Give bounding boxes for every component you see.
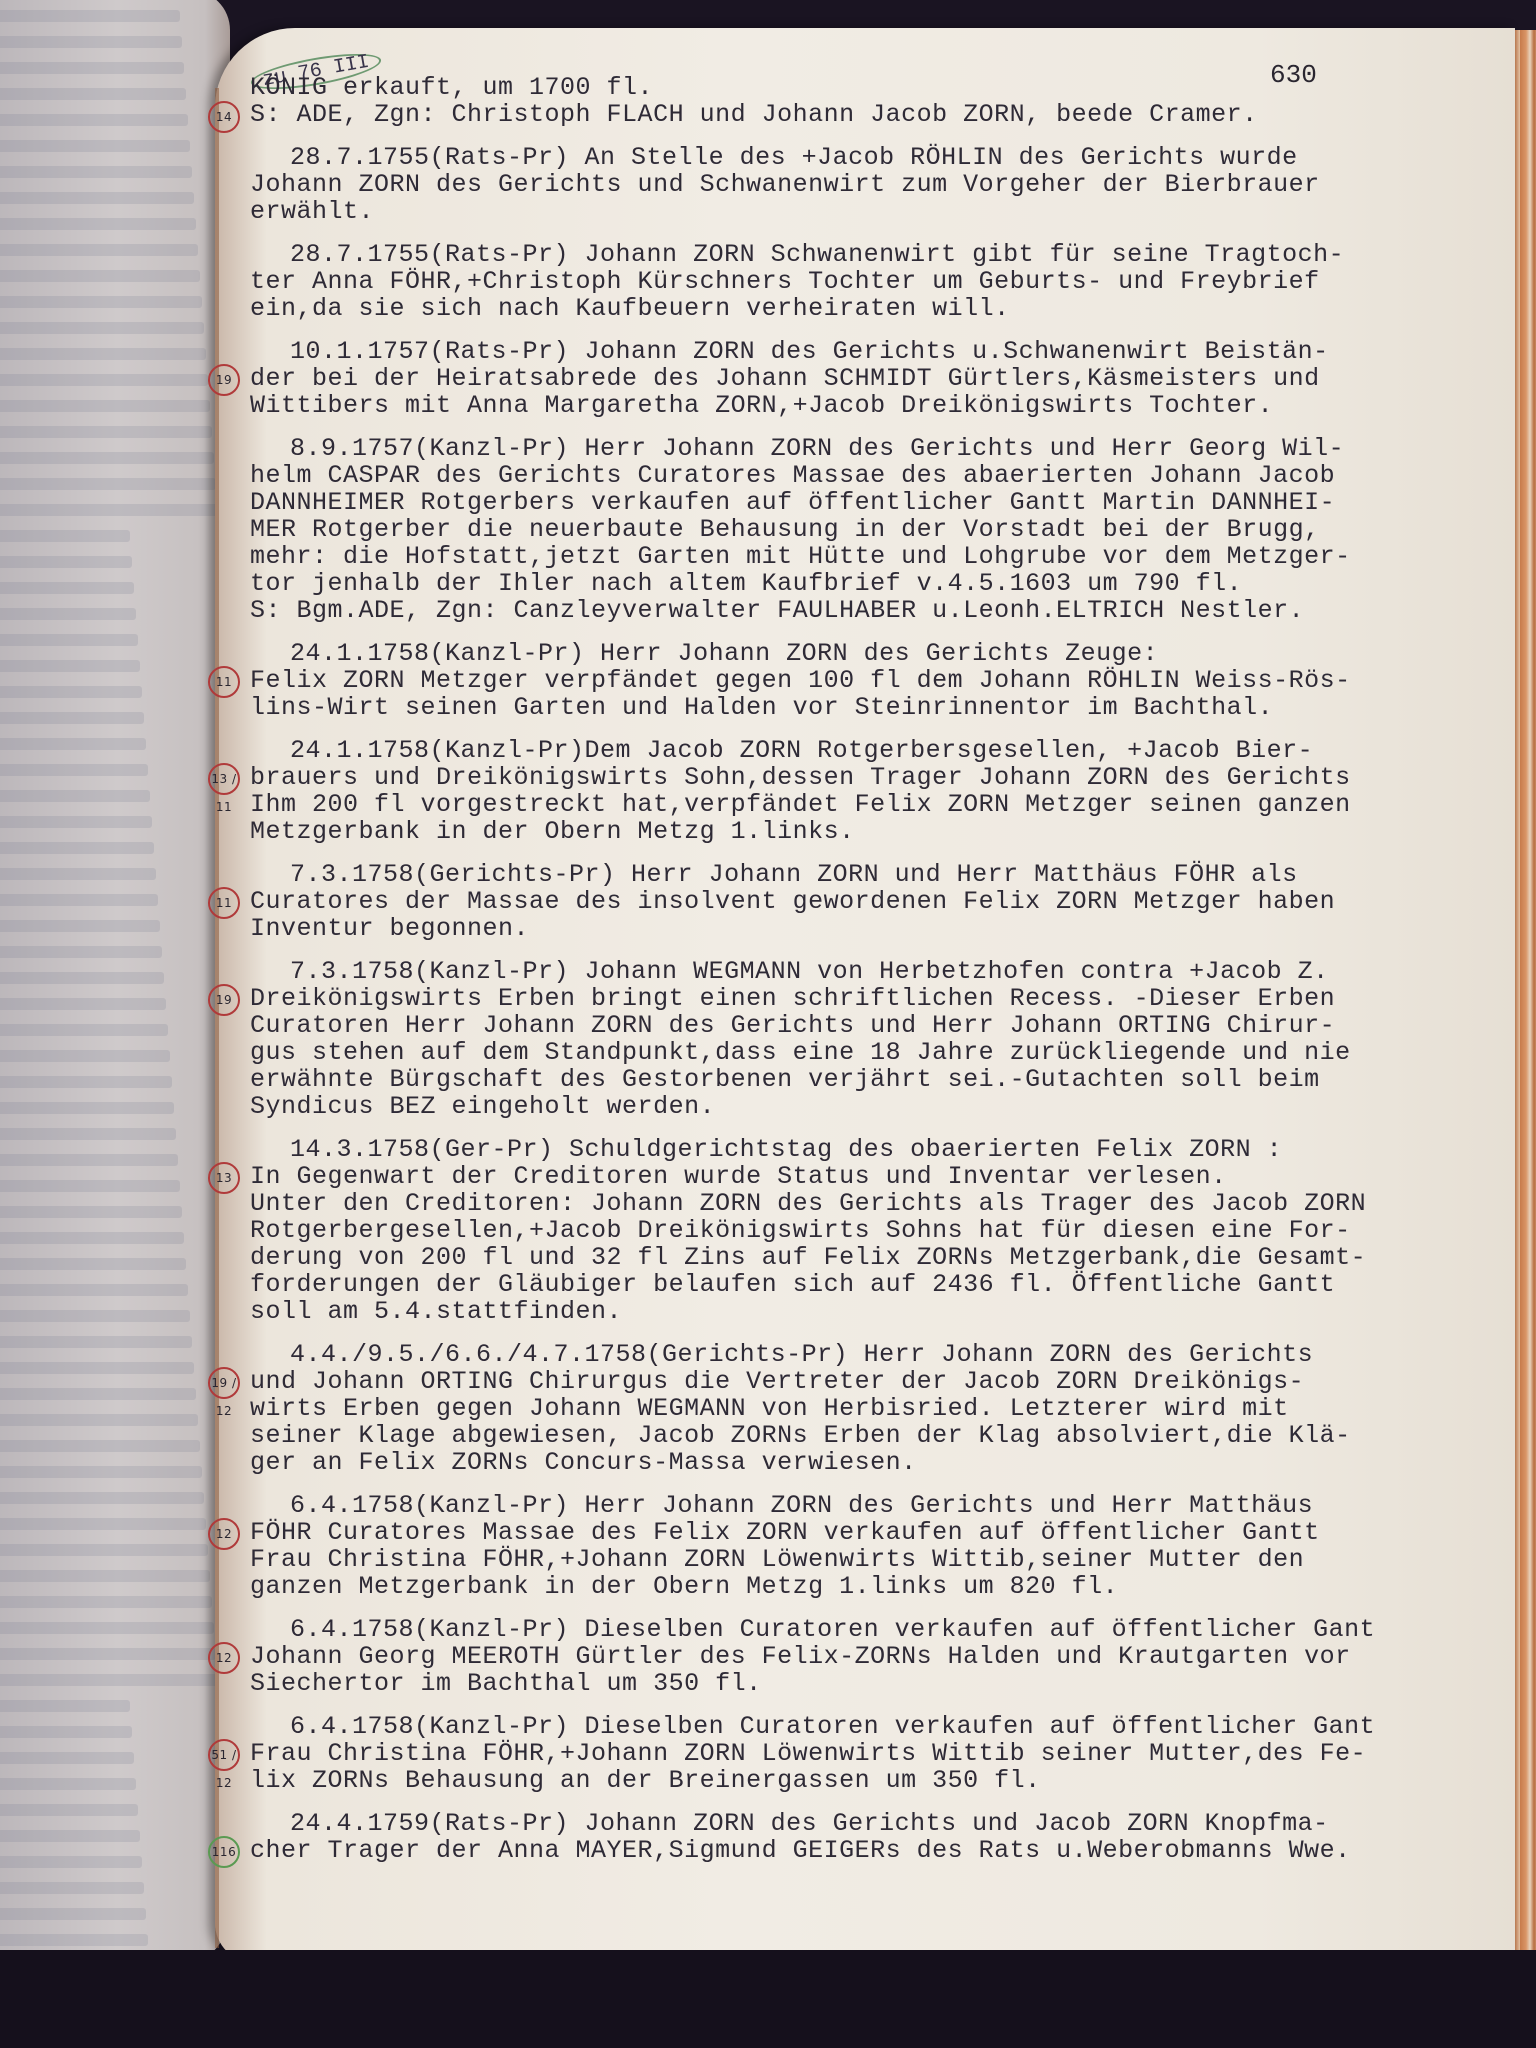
margin-marker: 19 bbox=[208, 364, 240, 396]
bleed-through-text bbox=[0, 1206, 182, 1218]
text-line: KÖNIG erkauft, um 1700 fl. bbox=[250, 74, 1450, 101]
entry-date-line: 6.4.1758(Kanzl-Pr) Dieselben Curatoren v… bbox=[250, 1713, 1450, 1740]
bleed-through-text bbox=[0, 998, 166, 1010]
entry-date-line: 6.4.1758(Kanzl-Pr) Dieselben Curatoren v… bbox=[250, 1616, 1450, 1643]
text-line: und Johann ORTING Chirurgus die Vertrete… bbox=[250, 1368, 1450, 1395]
bleed-through-text bbox=[0, 1102, 174, 1114]
text-line: erwählt. bbox=[250, 198, 1450, 225]
bleed-through-text bbox=[0, 1700, 130, 1712]
bleed-through-text bbox=[0, 62, 184, 74]
bleed-through-text bbox=[0, 400, 210, 412]
bleed-through-text bbox=[0, 556, 132, 568]
bleed-through-text bbox=[0, 114, 188, 126]
text-line: Inventur begonnen. bbox=[250, 915, 1450, 942]
bleed-through-text bbox=[0, 1726, 132, 1738]
text-line: soll am 5.4.stattfinden. bbox=[250, 1298, 1450, 1325]
entry-date-line: 10.1.1757(Rats-Pr) Johann ZORN des Geric… bbox=[250, 338, 1450, 365]
text-line: Dreikönigswirts Erben bringt einen schri… bbox=[250, 985, 1450, 1012]
bleed-through-text bbox=[0, 1908, 146, 1920]
record-entry: 28.7.1755(Rats-Pr) An Stelle des +Jacob … bbox=[250, 144, 1450, 225]
margin-marker: 14 bbox=[208, 101, 240, 133]
bleed-through-text bbox=[0, 868, 156, 880]
text-line: lix ZORNs Behausung an der Breinergassen… bbox=[250, 1767, 1450, 1794]
record-entry: 1910.1.1757(Rats-Pr) Johann ZORN des Ger… bbox=[250, 338, 1450, 419]
text-line: Frau Christina FÖHR,+Johann ZORN Löwenwi… bbox=[250, 1740, 1450, 1767]
bleed-through-text bbox=[0, 1544, 208, 1556]
text-line: Curatores der Massae des insolvent gewor… bbox=[250, 888, 1450, 915]
text-line: cher Trager der Anna MAYER,Sigmund GEIGE… bbox=[250, 1837, 1450, 1864]
text-line: Metzgerbank in der Obern Metzg 1.links. bbox=[250, 818, 1450, 845]
text-line: Curatoren Herr Johann ZORN des Gerichts … bbox=[250, 1012, 1450, 1039]
text-line: In Gegenwart der Creditoren wurde Status… bbox=[250, 1163, 1450, 1190]
text-line: ganzen Metzgerbank in der Obern Metzg 1.… bbox=[250, 1573, 1450, 1600]
entry-date-line: 8.9.1757(Kanzl-Pr) Herr Johann ZORN des … bbox=[250, 435, 1450, 462]
text-line: Siechertor im Bachthal um 350 fl. bbox=[250, 1670, 1450, 1697]
entry-date-line: 7.3.1758(Kanzl-Pr) Johann WEGMANN von He… bbox=[250, 958, 1450, 985]
bleed-through-text bbox=[0, 712, 144, 724]
bleed-through-text bbox=[0, 36, 182, 48]
text-line: FÖHR Curatores Massae des Felix ZORN ver… bbox=[250, 1519, 1450, 1546]
bleed-through-text bbox=[0, 1830, 140, 1842]
margin-marker: 11 bbox=[208, 887, 240, 919]
margin-marker: 116 bbox=[208, 1836, 240, 1868]
text-line: erwähnte Bürgschaft des Gestorbenen verj… bbox=[250, 1066, 1450, 1093]
text-line: lins-Wirt seinen Garten und Halden vor S… bbox=[250, 694, 1450, 721]
text-line: Johann ZORN des Gerichts und Schwanenwir… bbox=[250, 171, 1450, 198]
bleed-through-text bbox=[0, 1570, 210, 1582]
text-line: forderungen der Gläubiger belaufen sich … bbox=[250, 1271, 1450, 1298]
text-line: Frau Christina FÖHR,+Johann ZORN Löwenwi… bbox=[250, 1546, 1450, 1573]
text-line: Unter den Creditoren: Johann ZORN des Ge… bbox=[250, 1190, 1450, 1217]
desk-background bbox=[0, 1950, 1536, 2048]
bleed-through-text bbox=[0, 660, 140, 672]
text-line: Rotgerbergesellen,+Jacob Dreikönigswirts… bbox=[250, 1217, 1450, 1244]
bleed-through-text bbox=[0, 764, 148, 776]
bleed-through-text bbox=[0, 1492, 204, 1504]
text-line: brauers und Dreikönigswirts Sohn,dessen … bbox=[250, 764, 1450, 791]
bleed-through-text bbox=[0, 1284, 188, 1296]
bleed-through-text bbox=[0, 1674, 218, 1686]
margin-marker: 13 bbox=[208, 1162, 240, 1194]
opening-entry: 14 KÖNIG erkauft, um 1700 fl. S: ADE, Zg… bbox=[250, 74, 1450, 128]
bleed-through-text bbox=[0, 1414, 198, 1426]
record-entry: 11624.4.1759(Rats-Pr) Johann ZORN des Ge… bbox=[250, 1810, 1450, 1864]
text-line: ger an Felix ZORNs Concurs-Massa verwies… bbox=[250, 1449, 1450, 1476]
bleed-through-text bbox=[0, 322, 204, 334]
bleed-through-text bbox=[0, 582, 134, 594]
bleed-through-text bbox=[0, 218, 196, 230]
text-line: Wittibers mit Anna Margaretha ZORN,+Jaco… bbox=[250, 392, 1450, 419]
bleed-through-text bbox=[0, 10, 180, 22]
bleed-through-text bbox=[0, 504, 218, 516]
bleed-through-text bbox=[0, 738, 146, 750]
text-line: tor jenhalb der Ihler nach altem Kaufbri… bbox=[250, 570, 1450, 597]
record-entry: 19 / 124.4./9.5./6.6./4.7.1758(Gerichts-… bbox=[250, 1341, 1450, 1476]
text-line: gus stehen auf dem Standpunkt,dass eine … bbox=[250, 1039, 1450, 1066]
document-body: 14 KÖNIG erkauft, um 1700 fl. S: ADE, Zg… bbox=[250, 52, 1450, 1880]
bleed-through-text bbox=[0, 1024, 168, 1036]
margin-marker: 13 / 11 bbox=[208, 763, 240, 795]
text-line: seiner Klage abgewiesen, Jacob ZORNs Erb… bbox=[250, 1422, 1450, 1449]
bleed-through-text bbox=[0, 166, 192, 178]
margin-marker: 12 bbox=[208, 1642, 240, 1674]
entry-date-line: 14.3.1758(Ger-Pr) Schuldgerichtstag des … bbox=[250, 1136, 1450, 1163]
bleed-through-text bbox=[0, 1466, 202, 1478]
bleed-through-text bbox=[0, 1154, 178, 1166]
bleed-through-text bbox=[0, 1128, 176, 1140]
entry-date-line: 7.3.1758(Gerichts-Pr) Herr Johann ZORN u… bbox=[250, 861, 1450, 888]
bleed-through-text bbox=[0, 1856, 142, 1868]
bleed-through-text bbox=[0, 1648, 216, 1660]
record-entry: 126.4.1758(Kanzl-Pr) Dieselben Curatoren… bbox=[250, 1616, 1450, 1697]
bleed-through-text bbox=[0, 634, 138, 646]
bleed-through-text bbox=[0, 1050, 170, 1062]
record-entry: 197.3.1758(Kanzl-Pr) Johann WEGMANN von … bbox=[250, 958, 1450, 1120]
bleed-through-text bbox=[0, 1440, 200, 1452]
record-entry: 117.3.1758(Gerichts-Pr) Herr Johann ZORN… bbox=[250, 861, 1450, 942]
bleed-through-text bbox=[0, 296, 202, 308]
record-entry: 13 / 1124.1.1758(Kanzl-Pr)Dem Jacob ZORN… bbox=[250, 737, 1450, 845]
margin-marker: 12 bbox=[208, 1518, 240, 1550]
entry-date-line: 6.4.1758(Kanzl-Pr) Herr Johann ZORN des … bbox=[250, 1492, 1450, 1519]
bleed-through-text bbox=[0, 842, 154, 854]
bleed-through-text bbox=[0, 1388, 196, 1400]
bleed-through-text bbox=[0, 192, 194, 204]
bleed-through-text bbox=[0, 1804, 138, 1816]
bleed-through-text bbox=[0, 244, 198, 256]
bleed-through-text bbox=[0, 920, 160, 932]
bleed-through-text bbox=[0, 1622, 214, 1634]
bleed-through-text bbox=[0, 270, 200, 282]
bleed-through-text bbox=[0, 946, 162, 958]
bleed-through-text bbox=[0, 530, 130, 542]
bleed-through-text bbox=[0, 426, 212, 438]
bleed-through-text bbox=[0, 1076, 172, 1088]
bleed-through-text bbox=[0, 88, 186, 100]
text-line: DANNHEIMER Rotgerbers verkaufen auf öffe… bbox=[250, 489, 1450, 516]
bleed-through-text bbox=[0, 608, 136, 620]
bleed-through-text bbox=[0, 894, 158, 906]
text-line: ein,da sie sich nach Kaufbeuern verheira… bbox=[250, 295, 1450, 322]
text-line: mehr: die Hofstatt,jetzt Garten mit Hütt… bbox=[250, 543, 1450, 570]
text-line: Syndicus BEZ eingeholt werden. bbox=[250, 1093, 1450, 1120]
bleed-through-text bbox=[0, 140, 190, 152]
text-line: S: Bgm.ADE, Zgn: Canzleyverwalter FAULHA… bbox=[250, 597, 1450, 624]
text-line: Felix ZORN Metzger verpfändet gegen 100 … bbox=[250, 667, 1450, 694]
text-line: wirts Erben gegen Johann WEGMANN von Her… bbox=[250, 1395, 1450, 1422]
entry-date-line: 28.7.1755(Rats-Pr) An Stelle des +Jacob … bbox=[250, 144, 1450, 171]
record-entry: 126.4.1758(Kanzl-Pr) Herr Johann ZORN de… bbox=[250, 1492, 1450, 1600]
bleed-through-text bbox=[0, 686, 142, 698]
margin-marker: 19 / 12 bbox=[208, 1367, 240, 1399]
bleed-through-text bbox=[0, 1752, 134, 1764]
record-entry: 1314.3.1758(Ger-Pr) Schuldgerichtstag de… bbox=[250, 1136, 1450, 1325]
bleed-through-text bbox=[0, 972, 164, 984]
text-line: Ihm 200 fl vorgestreckt hat,verpfändet F… bbox=[250, 791, 1450, 818]
entry-date-line: 24.4.1759(Rats-Pr) Johann ZORN des Geric… bbox=[250, 1810, 1450, 1837]
bleed-through-text bbox=[0, 452, 214, 464]
bleed-through-text bbox=[0, 1362, 194, 1374]
bleed-through-text bbox=[0, 1882, 144, 1894]
bleed-through-text bbox=[0, 478, 216, 490]
entry-date-line: 28.7.1755(Rats-Pr) Johann ZORN Schwanenw… bbox=[250, 241, 1450, 268]
bleed-through-text bbox=[0, 374, 208, 386]
bleed-through-text bbox=[0, 1232, 184, 1244]
bleed-through-text bbox=[0, 1596, 212, 1608]
bleed-through-text bbox=[0, 790, 150, 802]
record-entry: 8.9.1757(Kanzl-Pr) Herr Johann ZORN des … bbox=[250, 435, 1450, 624]
bleed-through-text bbox=[0, 1934, 148, 1946]
bleed-through-text bbox=[0, 816, 152, 828]
text-line: helm CASPAR des Gerichts Curatores Massa… bbox=[250, 462, 1450, 489]
text-line: Johann Georg MEEROTH Gürtler des Felix-Z… bbox=[250, 1643, 1450, 1670]
text-line: ter Anna FÖHR,+Christoph Kürschners Toch… bbox=[250, 268, 1450, 295]
bleed-through-text bbox=[0, 1336, 192, 1348]
entry-date-line: 24.1.1758(Kanzl-Pr) Herr Johann ZORN des… bbox=[250, 640, 1450, 667]
bleed-through-text bbox=[0, 1310, 190, 1322]
entry-date-line: 24.1.1758(Kanzl-Pr)Dem Jacob ZORN Rotger… bbox=[250, 737, 1450, 764]
bleed-through-text bbox=[0, 348, 206, 360]
bleed-through-text bbox=[0, 1258, 186, 1270]
record-entry: 28.7.1755(Rats-Pr) Johann ZORN Schwanenw… bbox=[250, 241, 1450, 322]
bleed-through-text bbox=[0, 1518, 206, 1530]
text-line: der bei der Heiratsabrede des Johann SCH… bbox=[250, 365, 1450, 392]
margin-marker: 51 / 12 bbox=[208, 1739, 240, 1771]
text-line: MER Rotgerber die neuerbaute Behausung i… bbox=[250, 516, 1450, 543]
text-line: derung von 200 fl und 32 fl Zins auf Fel… bbox=[250, 1244, 1450, 1271]
margin-marker: 11 bbox=[208, 666, 240, 698]
margin-marker: 19 bbox=[208, 984, 240, 1016]
record-entry: 51 / 126.4.1758(Kanzl-Pr) Dieselben Cura… bbox=[250, 1713, 1450, 1794]
entries-list: 28.7.1755(Rats-Pr) An Stelle des +Jacob … bbox=[250, 144, 1450, 1864]
facing-left-page bbox=[0, 0, 230, 1970]
entry-date-line: 4.4./9.5./6.6./4.7.1758(Gerichts-Pr) Her… bbox=[250, 1341, 1450, 1368]
bleed-through-text bbox=[0, 1778, 136, 1790]
text-line: S: ADE, Zgn: Christoph FLACH und Johann … bbox=[250, 101, 1450, 128]
record-entry: 1124.1.1758(Kanzl-Pr) Herr Johann ZORN d… bbox=[250, 640, 1450, 721]
bleed-through-text bbox=[0, 1180, 180, 1192]
